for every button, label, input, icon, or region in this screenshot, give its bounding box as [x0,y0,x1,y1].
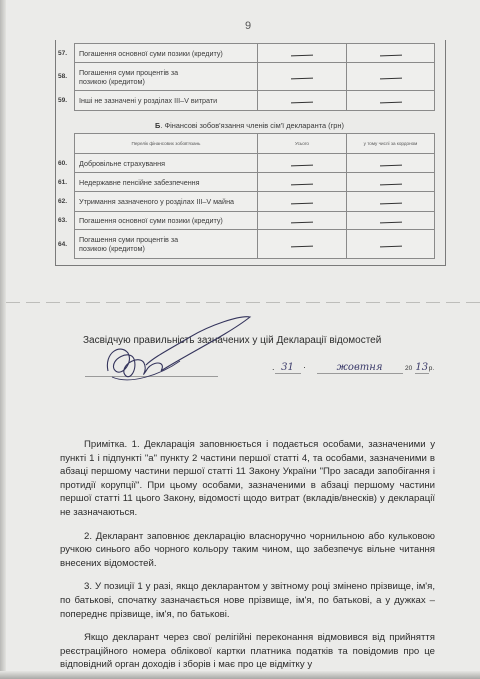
handwritten-dash [291,78,313,80]
table-row: 64. Погашення суми процентів за позикою … [56,230,435,259]
row-label: Погашення основної суми позики (кредиту) [75,44,258,63]
total-value [258,230,347,259]
note-paragraph-4: Якщо декларант через свої релігійні пере… [60,631,435,672]
abroad-value [347,192,435,212]
handwritten-dash [379,54,401,56]
notes-section: Примітка. 1. Декларація заповнюється і п… [60,438,435,679]
table-row: 62. Утримання зазначеного у розділах III… [56,192,435,212]
page-fold-line [6,302,480,303]
note-paragraph-1: Примітка. 1. Декларація заповнюється і п… [60,438,435,520]
row-label: Недержавне пенсійне забезпечення [75,173,258,192]
handwritten-dash [291,164,313,166]
table-row: 63. Погашення основної суми позики (кред… [56,212,435,230]
row-number: 63. [56,212,75,230]
abroad-value [347,212,435,230]
scan-edge-shadow [0,0,6,679]
date-suffix: р. [429,365,434,372]
table-header-row: Перелік фінансових зобов'язань Усього у … [56,134,435,154]
table-row: 58. Погашення суми процентів за позикою … [56,63,435,91]
row-number: 59. [56,91,75,111]
header-liabilities: Перелік фінансових зобов'язань [75,134,258,154]
table-row: 60. Добровільне страхування [56,154,435,173]
handwritten-dash [379,203,401,205]
row-number: 57. [56,44,75,63]
total-value [258,154,347,173]
handwritten-dash [291,102,313,104]
abroad-value [347,44,435,63]
handwritten-dash [379,183,401,185]
handwritten-dash [379,245,401,247]
row-number: 60. [56,154,75,173]
handwritten-dash [379,102,401,104]
abroad-value [347,173,435,192]
date-year: 13 [415,362,429,374]
handwritten-dash [379,78,401,80]
table-row: 61. Недержавне пенсійне забезпечення [56,173,435,192]
total-value [258,44,347,63]
abroad-value [347,63,435,91]
row-label: Добровільне страхування [75,154,258,173]
signature-date: .31 · жовтня 20 13р. [272,362,434,374]
header-spacer [56,134,75,154]
handwritten-dash [291,245,313,247]
date-month: жовтня [317,362,403,374]
handwritten-dash [379,164,401,166]
date-century: 20 [405,365,412,372]
handwritten-dash [291,203,313,205]
row-number: 58. [56,63,75,91]
handwritten-dash [291,183,313,185]
section-title-text: . Фінансові зобов'язання членів сім'ї де… [160,121,344,130]
page-number: 9 [240,20,256,32]
row-label: Погашення основної суми позики (кредиту) [75,212,258,230]
total-value [258,63,347,91]
handwritten-signature [100,313,260,393]
row-number: 61. [56,173,75,192]
section-b-title: Б. Фінансові зобов'язання членів сім'ї д… [55,121,444,130]
row-label: Утримання зазначеного у розділах III–V м… [75,192,258,212]
expenses-table: 57. Погашення основної суми позики (кред… [56,43,435,111]
abroad-value [347,91,435,111]
date-day: 31 [275,362,301,374]
handwritten-dash [291,222,313,224]
handwritten-dash [291,54,313,56]
handwritten-dash [379,222,401,224]
note-paragraph-2: 2. Декларант заповнює декларацію власнор… [60,530,435,571]
row-label: Інші не зазначені у розділах III–V витра… [75,91,258,111]
row-label: Погашення суми процентів за позикою (кре… [75,230,258,259]
abroad-value [347,154,435,173]
row-number: 64. [56,230,75,259]
table-row: 57. Погашення основної суми позики (кред… [56,44,435,63]
note-paragraph-3: 3. У позиції 1 у разі, якщо декларантом … [60,580,435,621]
family-liabilities-table: Перелік фінансових зобов'язань Усього у … [56,133,435,259]
header-total: Усього [258,134,347,154]
row-number: 62. [56,192,75,212]
total-value [258,192,347,212]
total-value [258,91,347,111]
header-abroad: у тому числі за кордоном [347,134,435,154]
row-label: Погашення суми процентів за позикою (кре… [75,63,258,91]
total-value [258,212,347,230]
table-row: 59. Інші не зазначені у розділах III–V в… [56,91,435,111]
abroad-value [347,230,435,259]
total-value [258,173,347,192]
